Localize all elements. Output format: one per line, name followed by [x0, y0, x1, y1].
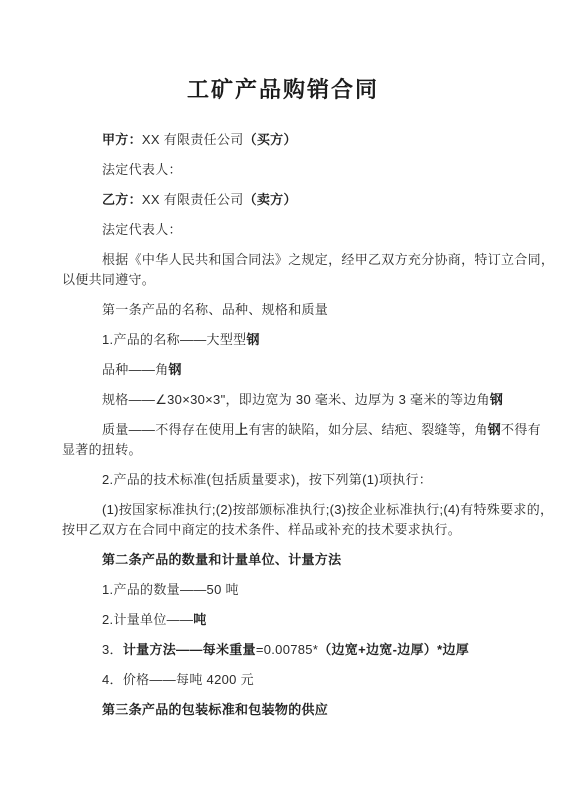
paragraph: 第二条产品的数量和计量单位、计量方法 [62, 550, 556, 570]
paragraph: 第一条产品的名称、品种、规格和质量 [62, 300, 556, 320]
text-line: 甲方：XX 有限责任公司（买方） [62, 130, 556, 150]
text-segment: 钢 [246, 332, 259, 347]
text-segment: 不得有 [501, 422, 541, 437]
text-segment: 3． [102, 642, 123, 657]
document-body: 甲方：XX 有限责任公司（买方）法定代表人：乙方：XX 有限责任公司（卖方）法定… [0, 130, 566, 720]
paragraph: 1.产品的数量——50 吨 [62, 580, 556, 600]
text-segment: 第三条产品的包装标准和包装物的供应 [102, 702, 328, 717]
text-segment: 甲方： [102, 132, 142, 147]
text-segment: 显著的扭转。 [62, 442, 142, 457]
page-title: 工矿产品购销合同 [0, 74, 566, 106]
text-line: 按甲乙双方在合同中商定的技术条件、样品或补充的技术要求执行。 [62, 520, 556, 540]
text-segment: 第二条产品的数量和计量单位、计量方法 [102, 552, 341, 567]
text-segment: 1.产品的数量——50 吨 [102, 582, 239, 597]
contract-page: 工矿产品购销合同 甲方：XX 有限责任公司（买方）法定代表人：乙方：XX 有限责… [0, 0, 566, 800]
text-segment: 2.计量单位—— [102, 612, 193, 627]
text-line: 4．价格——每吨 4200 元 [62, 670, 556, 690]
text-segment: 吨 [193, 612, 206, 627]
text-line: 第三条产品的包装标准和包装物的供应 [62, 700, 556, 720]
text-segment: (1)按国家标准执行;(2)按部颁标准执行;(3)按企业标准执行;(4)有特殊要… [102, 502, 553, 517]
text-line: 质量——不得存在使用上有害的缺陷，如分层、结疤、裂缝等，角钢不得有 [62, 420, 556, 440]
paragraph: 第三条产品的包装标准和包装物的供应 [62, 700, 556, 720]
text-line: 以便共同遵守。 [62, 270, 556, 290]
text-segment: 第一条产品的名称、品种、规格和质量 [102, 302, 328, 317]
text-segment: 1.产品的名称——大型型 [102, 332, 246, 347]
text-line: 1.产品的名称——大型型钢 [62, 330, 556, 350]
text-line: (1)按国家标准执行;(2)按部颁标准执行;(3)按企业标准执行;(4)有特殊要… [62, 500, 556, 520]
paragraph: 2.计量单位——吨 [62, 610, 556, 630]
text-segment: 法定代表人： [102, 162, 182, 177]
text-line: 法定代表人： [62, 160, 556, 180]
text-line: 3．计量方法——每米重量=0.00785*（边宽+边宽-边厚）*边厚 [62, 640, 556, 660]
paragraph: 1.产品的名称——大型型钢 [62, 330, 556, 350]
text-line: 品种——角钢 [62, 360, 556, 380]
text-segment: 计量方法——每米重量 [123, 642, 256, 657]
paragraph: 规格——∠30×30×3"，即边宽为 30 毫米、边厚为 3 毫米的等边角钢 [62, 390, 556, 410]
text-segment: （卖方） [244, 192, 297, 207]
paragraph: 根据《中华人民共和国合同法》之规定，经甲乙双方充分协商，特订立合同，以便共同遵守… [62, 250, 556, 290]
text-segment: 钢 [488, 422, 501, 437]
text-segment: （买方） [244, 132, 297, 147]
text-line: 1.产品的数量——50 吨 [62, 580, 556, 600]
paragraph: 3．计量方法——每米重量=0.00785*（边宽+边宽-边厚）*边厚 [62, 640, 556, 660]
text-segment: 有害的缺陷，如分层、结疤、裂缝等，角 [248, 422, 487, 437]
text-segment: XX 有限责任公司 [142, 192, 244, 207]
text-segment: 以便共同遵守。 [62, 272, 155, 287]
paragraph: 乙方：XX 有限责任公司（卖方） [62, 190, 556, 210]
paragraph: 品种——角钢 [62, 360, 556, 380]
text-segment: 4．价格——每吨 4200 元 [102, 672, 254, 687]
text-line: 根据《中华人民共和国合同法》之规定，经甲乙双方充分协商，特订立合同， [62, 250, 556, 270]
paragraph: 质量——不得存在使用上有害的缺陷，如分层、结疤、裂缝等，角钢不得有显著的扭转。 [62, 420, 556, 460]
text-segment: （边宽+边宽-边厚）*边厚 [318, 642, 469, 657]
text-segment: XX 有限责任公司 [142, 132, 244, 147]
paragraph: 甲方：XX 有限责任公司（买方） [62, 130, 556, 150]
text-segment: 品种——角 [102, 362, 169, 377]
text-segment: 规格——∠30×30×3"，即边宽为 30 毫米、边厚为 3 毫米的等边角 [102, 392, 490, 407]
text-line: 2.产品的技术标准(包括质量要求)，按下列第(1)项执行： [62, 470, 556, 490]
text-segment: 钢 [490, 392, 503, 407]
paragraph: 法定代表人： [62, 160, 556, 180]
text-segment: =0.00785* [256, 642, 318, 657]
paragraph: 4．价格——每吨 4200 元 [62, 670, 556, 690]
paragraph: 2.产品的技术标准(包括质量要求)，按下列第(1)项执行： [62, 470, 556, 490]
text-line: 显著的扭转。 [62, 440, 556, 460]
text-line: 规格——∠30×30×3"，即边宽为 30 毫米、边厚为 3 毫米的等边角钢 [62, 390, 556, 410]
text-segment: 2.产品的技术标准(包括质量要求)，按下列第(1)项执行： [102, 472, 432, 487]
text-line: 法定代表人： [62, 220, 556, 240]
text-line: 2.计量单位——吨 [62, 610, 556, 630]
paragraph: 法定代表人： [62, 220, 556, 240]
text-segment: 钢 [169, 362, 182, 377]
text-segment: 根据《中华人民共和国合同法》之规定，经甲乙双方充分协商，特订立合同， [102, 252, 554, 267]
text-segment: 质量——不得存在使用 [102, 422, 235, 437]
text-line: 乙方：XX 有限责任公司（卖方） [62, 190, 556, 210]
text-segment: 乙方： [102, 192, 142, 207]
paragraph: (1)按国家标准执行;(2)按部颁标准执行;(3)按企业标准执行;(4)有特殊要… [62, 500, 556, 540]
text-segment: 法定代表人： [102, 222, 182, 237]
text-line: 第一条产品的名称、品种、规格和质量 [62, 300, 556, 320]
text-line: 第二条产品的数量和计量单位、计量方法 [62, 550, 556, 570]
text-segment: 按甲乙双方在合同中商定的技术条件、样品或补充的技术要求执行。 [62, 522, 461, 537]
text-segment: 上 [235, 422, 248, 437]
